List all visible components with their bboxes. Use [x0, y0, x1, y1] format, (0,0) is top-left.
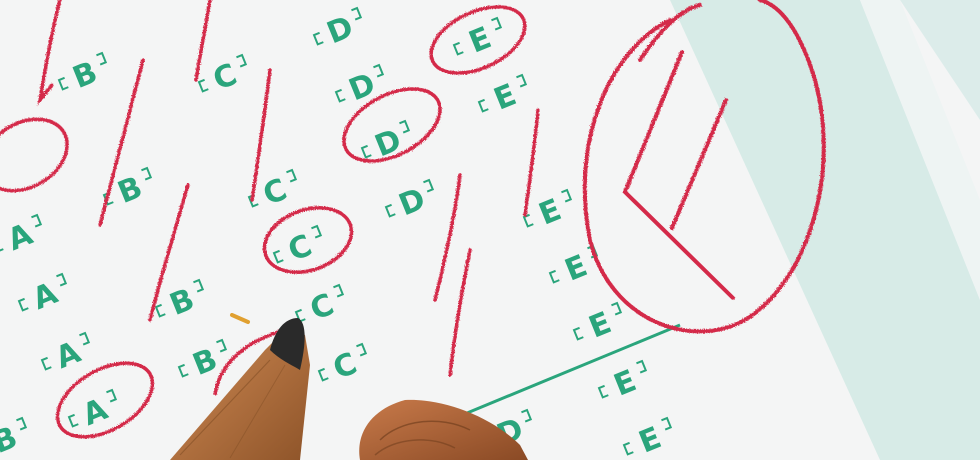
answer-sheet-photo: BBBBAAAACCCCCDDDDDEEEEEEEB [0, 0, 980, 460]
photo-canvas: BBBBAAAACCCCCDDDDDEEEEEEEB [0, 0, 980, 460]
